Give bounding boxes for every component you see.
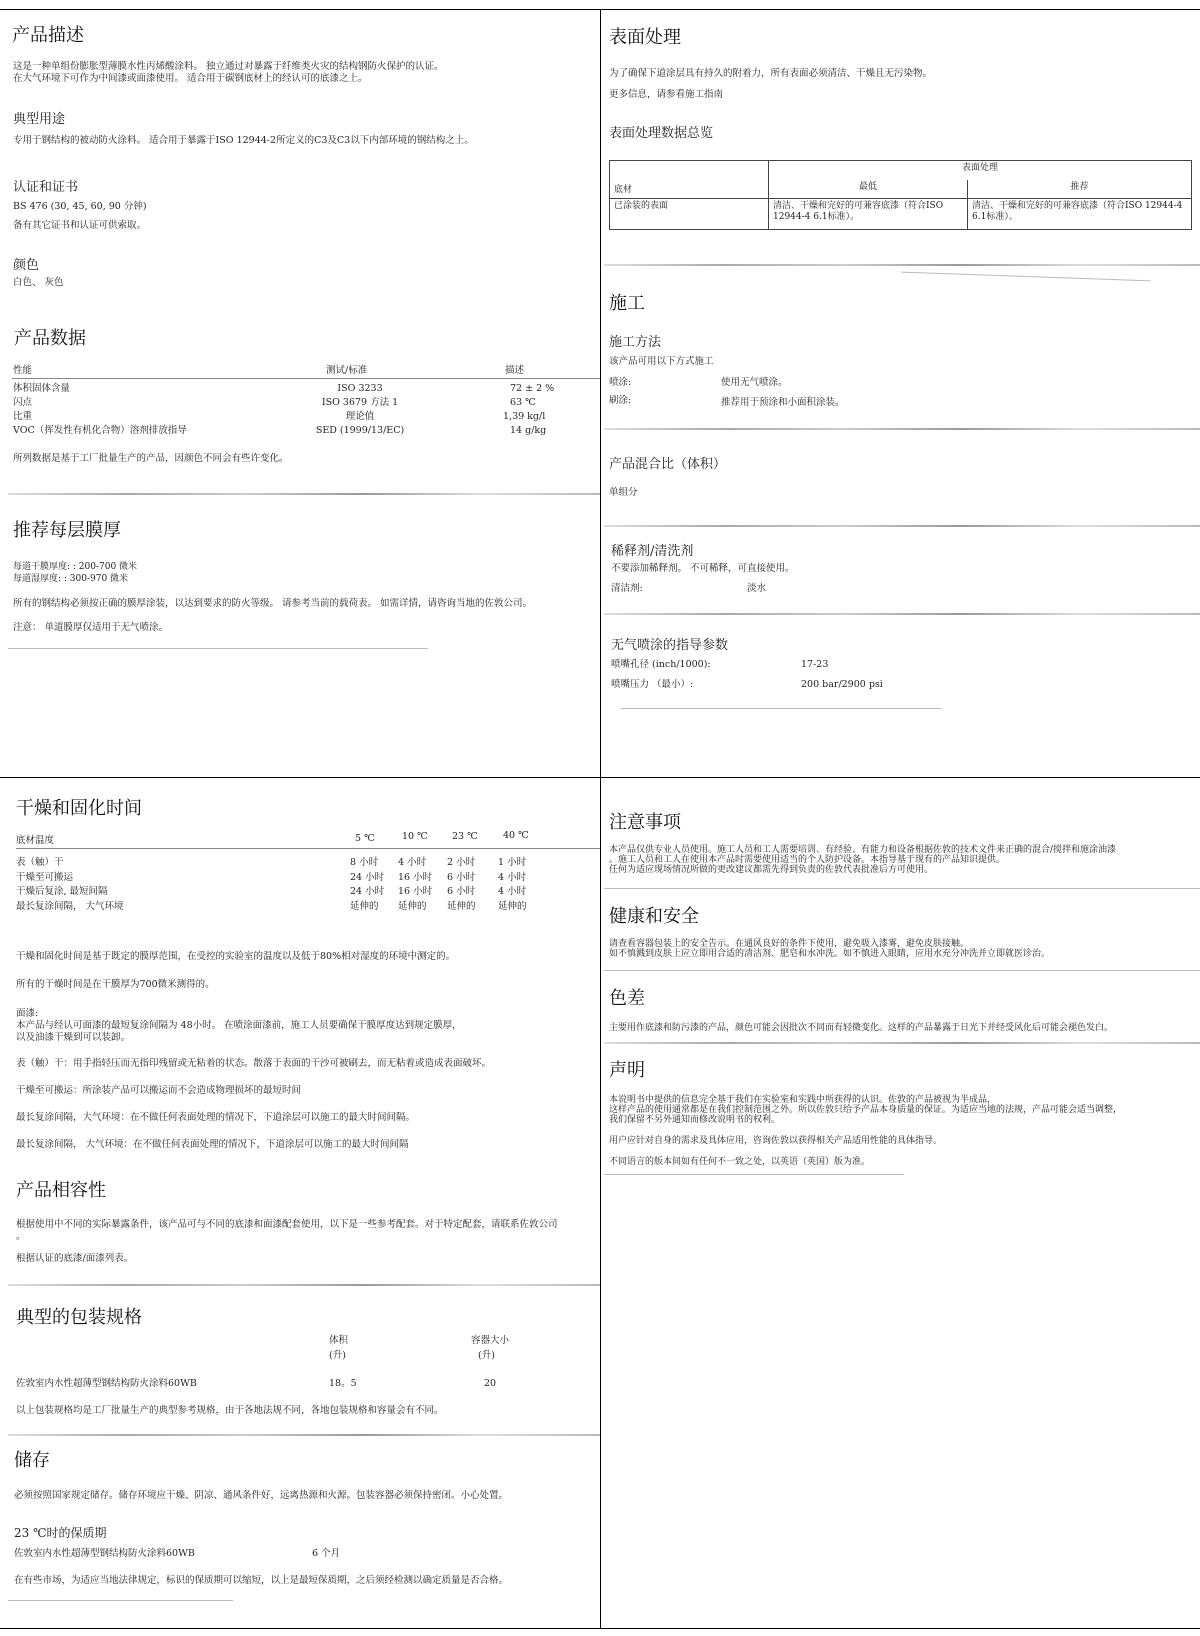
data-cell-property: VOC（挥发性有机化合物）溶剂排放指导 (13, 424, 187, 437)
product-data-note: 所列数据是基于工厂批量生产的产品，因颜色不同会有些许变化。 (13, 452, 289, 465)
data-header-rule (12, 378, 600, 379)
dry-row-value: 延伸的 (350, 900, 379, 913)
dry-row-value: 2 小时 (447, 856, 475, 869)
table-cell-substrate: 已涂装的表面 (610, 199, 769, 230)
section-title-application: 施工 (609, 289, 645, 315)
section-title-disclaimer: 声明 (609, 1056, 645, 1082)
dry-row-value: 24 小时 (350, 885, 384, 898)
thinner-text: 不要添加稀释剂。 不可稀释，可直接使用。 (611, 562, 795, 575)
section-title-drying-curing: 干燥和固化时间 (16, 794, 142, 820)
data-header-test-standard: 测试/标准 (326, 364, 367, 377)
section-divider (604, 613, 1200, 615)
data-cell-standard: 理论值 (300, 410, 420, 423)
dry-row-value: 16 小时 (398, 871, 432, 884)
dry-row-value: 延伸的 (447, 900, 476, 913)
nozzle-pressure-label: 喷嘴压力 （最小）: (611, 678, 693, 691)
dry-row-value: 延伸的 (398, 900, 427, 913)
dry-row-label: 最长复涂间隔， 大气环境 (16, 900, 124, 913)
method-value-spray: 使用无气喷涂。 (721, 376, 788, 389)
film-thickness-note: 所有的钢结构必须按正确的膜厚涂装，以达到要求的防火等级。 请参考当前的载荷表。 … (13, 597, 532, 610)
table-header-substrate: 底材 (610, 161, 769, 199)
nozzle-tip-label: 喷嘴孔径 (inch/1000): (611, 658, 711, 671)
shelf-life-value: 6 个月 (312, 1547, 340, 1560)
section-divider (621, 708, 941, 709)
surface-data-overview-title: 表面处理数据总览 (609, 122, 713, 141)
section-divider (8, 1284, 600, 1286)
pack-header-volume-unit: (升) (329, 1349, 346, 1362)
nozzle-tip-value: 17-23 (801, 658, 828, 671)
data-header-description: 描述 (505, 364, 524, 377)
surface-preparation-reference: 更多信息，请参看施工指南 (609, 88, 723, 101)
table-header-recommended: 推荐 (968, 180, 1192, 199)
dry-header-rule (16, 848, 600, 849)
definition-max-recoat-1: 最长复涂间隔，大气环境：在不做任何表面处理的情况下，下道涂层可以施工的最大时间间… (16, 1111, 415, 1124)
shelf-life-product: 佐敦室内水性超薄型钢结构防火涂料60WB (14, 1547, 195, 1560)
page-quadrant-top-left: 产品描述 这是一种单组份膨胀型薄膜水性丙烯酸涂料。 独立通过对暴露于纤维类火灾的… (0, 10, 600, 777)
dry-row-value: 24 小时 (350, 871, 384, 884)
mixing-ratio-value: 单组分 (609, 486, 638, 499)
dry-row-label: 干燥后复涂, 最短间隔 (16, 885, 108, 898)
section-divider (8, 493, 600, 495)
disclaimer-line-4: 用户应针对自身的需求及具体应用，咨询佐敦以获得相关产品适用性能的具体指导。 (609, 1135, 942, 1147)
page-quadrant-top-right: 表面处理 为了确保下道涂层具有持久的附着力，所有表面必须清洁、干燥且无污染物。 … (601, 10, 1200, 777)
drying-note-2: 所有的干燥时间是在干膜厚为700微米测得的。 (16, 978, 215, 991)
section-divider (604, 888, 1200, 889)
pack-volume-value: 18。5 (329, 1377, 357, 1390)
section-title-color-difference: 色差 (609, 984, 645, 1010)
dry-row-label: 干燥至可搬运 (16, 871, 73, 884)
section-divider (8, 648, 428, 649)
section-divider (604, 428, 1200, 430)
application-methods-title: 施工方法 (609, 331, 661, 350)
section-title-compatibility: 产品相容性 (16, 1176, 106, 1202)
pack-header-container: 容器大小 (471, 1334, 509, 1347)
section-title-thinner: 稀释剂/清洗剂 (611, 540, 693, 559)
dry-row-value: 16 小时 (398, 885, 432, 898)
caution-line-3: 任何为适应现场情况所做的更改建议都需先得到负责的佐敦代表批准后方可使用。 (609, 864, 933, 876)
method-label-brush: 刷涂: (609, 394, 631, 407)
shelf-life-note: 在有些市场，为适应当地法律规定，标识的保质期可以缩短，以上是最短保质期，之后须经… (14, 1574, 508, 1587)
section-divider (604, 970, 1200, 971)
dry-row-value: 6 小时 (447, 885, 475, 898)
compatibility-text-end: 。 (16, 1230, 26, 1243)
section-title-film-thickness: 推荐每层膜厚 (13, 516, 121, 542)
nozzle-pressure-value: 200 bar/2900 psi (801, 678, 883, 691)
table-cell-recommended: 清洁、干燥和完好的可兼容底漆（符合ISO 12944-4 6.1标准）。 (968, 199, 1192, 230)
section-title-product-description: 产品描述 (12, 21, 84, 47)
dry-row-value: 8 小时 (350, 856, 378, 869)
data-cell-property: 闪点 (13, 396, 32, 409)
definition-max-recoat-2: 最长复涂间隔， 大气环境：在不做任何表面处理的情况下，下道涂层可以施工的最大时间… (16, 1138, 409, 1151)
dry-row-label: 表（触）干 (16, 856, 64, 869)
section-title-storage: 储存 (14, 1446, 50, 1472)
surface-preparation-table: 底材 表面处理 最低 推荐 已涂装的表面 清洁、干燥和完好的可兼容底漆（符合IS… (609, 160, 1192, 230)
data-cell-value: 14 g/kg (510, 424, 546, 437)
storage-text: 必须按照国家规定储存。储存环境应干燥、阴凉、通风条件好，远离热源和火源。包装容器… (14, 1489, 508, 1502)
typical-use-text: 专用于钢结构的被动防火涂料。 适合用于暴露于ISO 12944-2所定义的C3及… (13, 134, 474, 147)
section-title-certificates: 认证和证书 (13, 176, 78, 195)
cleaner-value: 淡水 (747, 582, 766, 595)
shelf-life-title: 23 ℃时的保质期 (14, 1524, 107, 1541)
section-title-airless-spray: 无气喷涂的指导参数 (611, 634, 728, 653)
data-cell-standard: ISO 3233 (300, 382, 420, 395)
color-values: 白色、 灰色 (13, 276, 64, 289)
definition-touch-dry: 表（触）干：用手指轻压而无指印残留或无粘着的状态。散落于表面的干沙可被刷去，而无… (16, 1057, 491, 1070)
dry-row-value: 4 小时 (498, 871, 526, 884)
dry-header-40c: 40 ℃ (503, 829, 529, 842)
dry-header-substrate-temp: 底材温度 (16, 834, 54, 847)
dry-row-value: 4 小时 (498, 885, 526, 898)
section-title-packaging: 典型的包装规格 (16, 1303, 142, 1329)
section-divider (604, 1042, 1200, 1044)
topcoat-line-2: 以及油漆干燥到可以装卸。 (16, 1031, 130, 1044)
certificate-bs476: BS 476 (30, 45, 60, 90 分钟) (13, 200, 147, 213)
color-difference-text: 主要用作底漆和防污漆的产品，颜色可能会因批次不同而有轻微变化。这样的产品暴露于日… (609, 1022, 1113, 1034)
pack-header-volume: 体积 (329, 1334, 348, 1347)
section-divider (8, 1434, 600, 1436)
data-cell-property: 比重 (13, 410, 32, 423)
data-cell-standard: SED (1999/13/EC) (300, 424, 420, 437)
dry-row-value: 1 小时 (498, 856, 526, 869)
section-divider (604, 264, 1200, 266)
section-title-surface-preparation: 表面处理 (609, 23, 681, 49)
section-title-typical-use: 典型用途 (13, 108, 65, 127)
pack-product-name: 佐敦室内水性超薄型钢结构防火涂料60WB (16, 1377, 197, 1390)
dry-header-23c: 23 ℃ (452, 830, 478, 843)
page-quadrant-bottom-right: 注意事项 本产品仅供专业人员使用。施工人员和工人需要培训、有经验、有能力和设备根… (601, 778, 1200, 1628)
application-methods-intro: 该产品可用以下方式施工 (609, 355, 714, 368)
compatibility-list-note: 根据认证的底漆/面漆列表。 (16, 1252, 133, 1265)
table-header-minimum: 最低 (769, 180, 968, 199)
scan-artifact-line (901, 272, 1151, 282)
section-title-caution: 注意事项 (609, 808, 681, 834)
section-title-color: 颜色 (13, 254, 39, 273)
wet-film-thickness: 每道湿厚度: : 300-970 微米 (13, 573, 128, 585)
dry-row-value: 4 小时 (398, 856, 426, 869)
data-header-property: 性能 (13, 364, 32, 377)
pack-header-container-unit: (升) (478, 1349, 495, 1362)
section-divider (604, 1174, 904, 1175)
data-cell-value: 1,39 kg/l (503, 410, 545, 423)
definition-dry-to-handle: 干燥至可搬运：所涂装产品可以搬运而不会造成物理损坏的最短时间 (16, 1084, 301, 1097)
method-label-spray: 喷涂: (609, 376, 631, 389)
table-row: 已涂装的表面 清洁、干燥和完好的可兼容底漆（符合ISO 12944-4 6.1标… (610, 199, 1192, 230)
data-cell-value: 63 ℃ (510, 396, 536, 409)
data-cell-property: 体积固体含量 (13, 382, 70, 395)
section-divider (8, 1600, 233, 1601)
surface-preparation-text: 为了确保下道涂层具有持久的附着力，所有表面必须清洁、干燥且无污染物。 (609, 67, 932, 80)
airless-spray-note: 注意： 单道膜厚仅适用于无气喷涂。 (13, 621, 168, 634)
data-cell-standard: ISO 3679 方法 1 (300, 396, 420, 409)
disclaimer-line-5: 不同语言的版本间如有任何不一致之处，以英语（英国）版为准。 (609, 1156, 870, 1168)
table-header-surface-preparation: 表面处理 (769, 161, 1192, 180)
section-title-product-data: 产品数据 (14, 324, 86, 350)
cleaner-label: 清洁剂: (611, 582, 643, 595)
data-cell-value: 72 ± 2 % (510, 382, 554, 395)
dry-header-5c: 5 ℃ (355, 832, 375, 845)
dry-row-value: 6 小时 (447, 871, 475, 884)
method-value-brush: 推荐用于预涂和小面积涂装。 (721, 396, 845, 409)
page-quadrant-bottom-left: 干燥和固化时间 底材温度 5 ℃ 10 ℃ 23 ℃ 40 ℃ 表（触）干8 小… (0, 778, 600, 1628)
section-title-mixing-ratio: 产品混合比（体积） (609, 453, 726, 472)
health-safety-line-2: 如不慎溅到皮肤上应立即用合适的清洁剂、肥皂和水冲洗。如不慎进入眼睛，应用水充分冲… (609, 948, 1050, 960)
dry-row-value: 延伸的 (498, 900, 527, 913)
compatibility-text: 根据使用中不同的实际暴露条件，该产品可与不同的底漆和面漆配套使用，以下是一些参考… (16, 1218, 558, 1231)
certificate-other: 备有其它证书和认证可供索取。 (13, 219, 146, 232)
description-line-2: 在大气环境下可作为中间漆或面漆使用。 适合用于碳钢底材上的经认可的底漆之上。 (13, 72, 368, 85)
drying-note-1: 干燥和固化时间是基于既定的膜厚范围，在受控的实验室的温度以及低于80%相对湿度的… (16, 950, 455, 963)
table-cell-minimum: 清洁、干燥和完好的可兼容底漆（符合ISO 12944-4 6.1标准）。 (769, 199, 968, 230)
dry-film-thickness: 每道干膜厚度: : 200-700 微米 (13, 561, 137, 573)
pack-container-value: 20 (484, 1377, 496, 1390)
packaging-note: 以上包装规格均是工厂批量生产的典型参考规格，由于各地法规不同，各地包装规格和容量… (16, 1404, 444, 1417)
disclaimer-line-3: 我们保留不另外通知而修改说明书的权利。 (609, 1114, 780, 1126)
section-divider (604, 525, 1200, 527)
section-title-health-safety: 健康和安全 (609, 902, 699, 928)
dry-header-10c: 10 ℃ (402, 830, 428, 843)
